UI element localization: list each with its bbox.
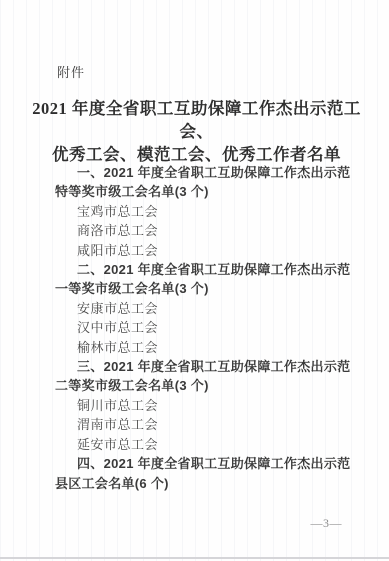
scan-edge-line xyxy=(0,557,389,559)
union-list-item: 咸阳市总工会 xyxy=(55,241,358,260)
union-list-item: 安康市总工会 xyxy=(55,299,358,318)
union-list-item: 汉中市总工会 xyxy=(55,318,358,337)
section-second-prize: 三、2021 年度全省职工互助保障工作杰出示范二等奖市级工会名单(3 个) 铜川… xyxy=(55,357,358,454)
page-number: —3— xyxy=(311,516,343,530)
union-list-item: 延安市总工会 xyxy=(55,435,358,454)
document-title-line-1: 2021 年度全省职工互助保障工作杰出示范工会、 xyxy=(28,97,365,143)
section-county-unions: 四、2021 年度全省职工互助保障工作杰出示范县区工会名单(6 个) xyxy=(55,454,358,493)
section-heading: 三、2021 年度全省职工互助保障工作杰出示范二等奖市级工会名单(3 个) xyxy=(55,357,358,396)
section-special-prize: 一、2021 年度全省职工互助保障工作杰出示范特等奖市级工会名单(3 个) 宝鸡… xyxy=(55,163,358,260)
document-body: 一、2021 年度全省职工互助保障工作杰出示范特等奖市级工会名单(3 个) 宝鸡… xyxy=(55,163,358,493)
scanned-document-page: 附件 2021 年度全省职工互助保障工作杰出示范工会、 优秀工会、模范工会、优秀… xyxy=(0,0,389,561)
union-list-item: 商洛市总工会 xyxy=(55,221,358,240)
section-heading: 一、2021 年度全省职工互助保障工作杰出示范特等奖市级工会名单(3 个) xyxy=(55,163,358,202)
union-list-item: 宝鸡市总工会 xyxy=(55,202,358,221)
section-first-prize: 二、2021 年度全省职工互助保障工作杰出示范一等奖市级工会名单(3 个) 安康… xyxy=(55,260,358,357)
document-title: 2021 年度全省职工互助保障工作杰出示范工会、 优秀工会、模范工会、优秀工作者… xyxy=(28,97,365,166)
section-heading: 二、2021 年度全省职工互助保障工作杰出示范一等奖市级工会名单(3 个) xyxy=(55,260,358,299)
union-list-item: 铜川市总工会 xyxy=(55,396,358,415)
union-list-item: 榆林市总工会 xyxy=(55,338,358,357)
section-heading: 四、2021 年度全省职工互助保障工作杰出示范县区工会名单(6 个) xyxy=(55,454,358,493)
attachment-label: 附件 xyxy=(57,64,85,81)
union-list-item: 渭南市总工会 xyxy=(55,415,358,434)
